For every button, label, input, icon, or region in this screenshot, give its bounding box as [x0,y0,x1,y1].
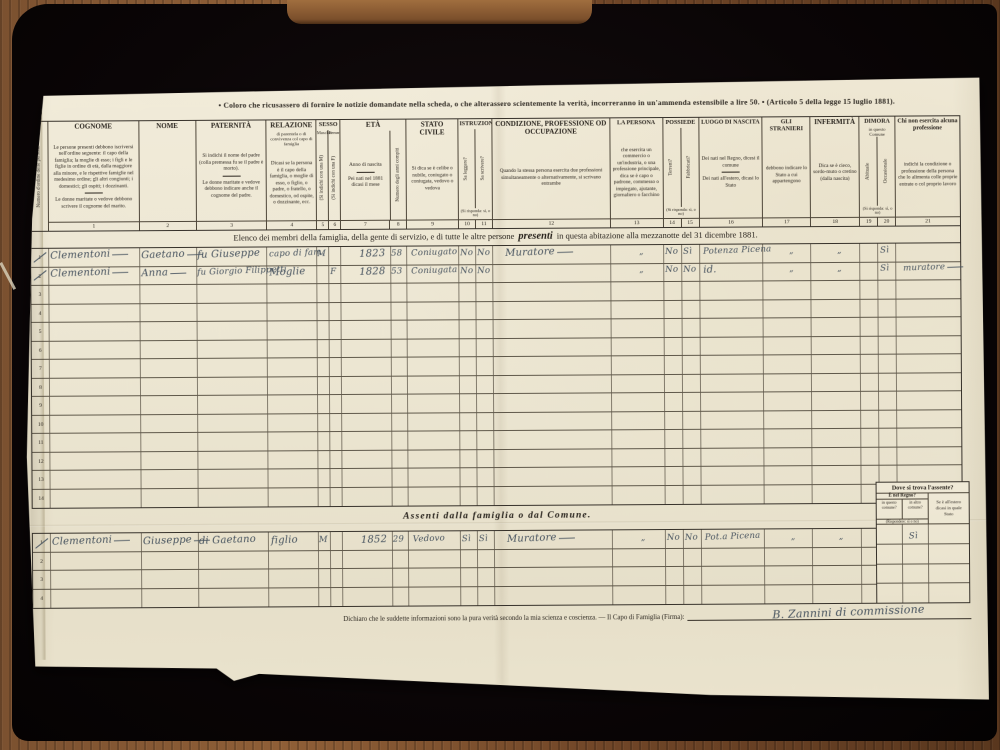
cell-sa-leggere [460,320,477,338]
cell-relazione [269,488,319,507]
cell-anno-nascita [343,450,393,468]
cell-nome [141,414,198,432]
cell-dimora-occasionale [879,355,897,373]
header-numero-label: Numero d'ordine delle persone [36,146,42,208]
signature-line: B. Zannini di commissione [687,604,971,621]
cell-infermita [812,336,861,354]
header-col-nome: NOME 2 [139,121,197,230]
cell-sesso-f [331,487,343,506]
cell-paternita [198,414,269,432]
cell-infermita [812,262,861,280]
col-number: 21 [896,216,960,225]
cell-luogo-nascita [700,281,764,299]
cell-fabbricati [682,319,700,337]
col-desc2: Dei nati all'estero, dicasi lo Stato [701,176,760,189]
cell-sesso-f [330,358,342,376]
cell-paternita [198,469,269,487]
cell-sesso-f [331,469,343,487]
header-col-cognome: COGNOME Le persone presenti debbono iscr… [48,121,139,231]
cell-anno-nascita [342,302,392,320]
cell-anni-compiti [392,413,408,431]
cell-sesso-m [318,358,330,376]
cell-stranieri [765,429,813,447]
cell-nome [141,433,198,451]
subcol-maschio: Maschio (Si indichi con una M) [317,130,330,220]
row-number: 3 [31,286,49,304]
cell-nome [140,285,197,303]
hw-a1-luogo: Pot.a Picena [705,532,761,543]
hw-p1-legge: No [460,249,473,258]
hw-p1-sesso: M [317,250,326,259]
cell-condizione [495,567,613,585]
cell-sa-scrivere [477,450,494,468]
col-desc: Dicasi se la persona è il capo della fam… [269,160,314,206]
cell-anni-compiti [392,321,408,339]
cell-sesso-f [331,450,343,468]
cell-cognome [51,552,142,570]
cell-luogo-nascita [702,548,766,566]
hw-p1-anno: 1823 [359,249,386,260]
cell-la-persona [611,338,664,356]
cell-stranieri [765,485,813,504]
cell-relazione [270,588,320,607]
cell-sa-scrivere [478,587,495,606]
cell-sesso-f [331,532,343,550]
cell-stato-civile [409,468,461,486]
cell-sesso-f [330,395,342,413]
hw-a1-legge: Sì [462,535,471,544]
cell-dimora-abituale [862,466,880,484]
cell-stranieri [766,585,814,604]
col-desc: Le persone presenti debbono iscriversi n… [50,144,136,190]
cell-stranieri [765,529,813,547]
cell-stato-civile [409,487,461,506]
cell-sesso-m [319,414,331,432]
col-subtitle: in questo Comune [860,126,895,136]
col-title: NOME [139,121,195,132]
cell-paternita [198,395,269,413]
header-col-luogo-nascita: LUOGO DI NASCITA Dei nati nel Regno, dic… [699,117,764,226]
cell-stranieri [764,374,812,392]
cell-relazione [268,321,318,339]
cell-sa-scrivere [476,283,493,301]
cell-fabbricati [683,393,701,411]
cell-paternita [199,551,270,569]
cell-sesso-f [331,569,343,587]
header-col-chi-non-esercita: Chi non esercita alcuna professione indi… [895,116,960,225]
cell-fabbricati [683,374,701,392]
cell-infermita [811,244,860,262]
declaration-text: Dichiaro che le suddette informazioni so… [343,614,684,623]
col-title: POSSIEDE [663,118,698,128]
row-number: 3 [33,571,51,589]
declaration: Dichiaro che le suddette informazioni so… [343,604,971,623]
hw-p1-stranieri: „ [789,247,794,256]
cell-nome [141,470,198,488]
cell-dimora-occasionale [879,429,897,447]
cell-sesso-m [318,340,330,358]
cell-relazione [269,469,319,487]
dove-title: Dove si trova l'assente? [877,482,969,494]
cell-stranieri [764,337,812,355]
cell-sesso-f [332,587,344,606]
cell-sa-scrivere [476,302,493,320]
cell-anno-nascita [342,321,392,339]
cell-cognome [51,589,142,608]
col-desc2: Le donne maritate e vedove debbono indic… [198,179,264,199]
cell-sesso-m [318,284,330,302]
wood-table-edge [287,0,592,24]
cell-sa-leggere [460,357,477,375]
dove-q-altro-comune: in altro comune? [903,499,928,518]
cell-terreni [665,448,683,466]
cell-luogo-nascita [702,566,766,584]
cell-stato-civile [408,376,460,394]
cell-anni-compiti [393,569,409,587]
cell-stranieri [764,392,812,410]
cell-la-persona [611,245,664,263]
hw-p1-stato: Coniugato [411,248,457,258]
cell-luogo-nascita [700,318,764,336]
cell-questo-comune [877,584,903,603]
header-col-numero: Numero d'ordine delle persone [30,122,49,231]
signature: B. Zannini di commissione [772,604,925,621]
cell-anno-nascita [343,469,393,487]
cell-sa-leggere [459,283,476,301]
cell-questo-comune [877,525,903,544]
cell-sa-leggere [460,450,477,468]
cell-paternita [199,569,270,587]
hw-p2-anno: 1828 [359,267,386,278]
hw-a1-stranieri: „ [791,533,796,542]
row-number: 6 [32,341,50,359]
cell-dimora-occasionale [879,410,897,428]
cell-estero [929,544,969,563]
cell-sa-scrivere [477,357,494,375]
col-number: 20 [878,218,895,226]
cell-sa-scrivere [477,413,494,431]
col-subtitle: di parentela o di convivenza col capo di… [267,131,316,146]
cell-dimora-abituale [861,355,879,373]
header-col-possiede: POSSIEDE Terreni? Fabbricati? (Si rispon… [663,118,700,227]
cell-chi-non-esercita [898,447,962,465]
hw-a1-anni: 29 [393,535,405,544]
cell-cognome [50,359,141,377]
dove-row [877,564,969,584]
hw-a1-scrive: Sì [479,535,488,544]
divider [222,175,240,176]
cell-paternita [197,284,268,302]
cell-anni-compiti [392,395,408,413]
cell-paternita [199,588,270,607]
cell-infermita [812,281,861,299]
hw-p1-infermita: „ [837,247,842,256]
presenti-emphasis: presenti [518,231,552,242]
hw-p1-persona: „ [639,248,644,257]
col-title: GLI STRANIERI [763,117,810,133]
cell-sa-leggere [461,587,478,606]
header-col-condizione: CONDIZIONE, PROFESSIONE OD OCCUPAZIONE Q… [492,118,610,228]
cell-stranieri [766,566,814,584]
cell-dimora-abituale [861,410,879,428]
cell-paternita [197,321,268,339]
cell-dimora-occasionale [880,466,898,484]
header-col-paternita: PATERNITÀ Si indichi il nome del padre (… [196,120,268,229]
cell-dimora-abituale [861,336,879,354]
row-number: 12 [32,452,50,470]
hw-p2-persona: „ [639,266,644,275]
col-number: 8 [390,221,406,229]
census-sheet-wrap: • Coloro che ricusassero di fornire le n… [22,75,990,708]
cell-chi-non-esercita [897,299,961,317]
cell-dimora-abituale [861,299,879,317]
subcol-anno-nascita: Anno di nascita Pei nati nel 1881 dicasi… [341,130,392,220]
cell-sesso-m [319,451,331,469]
subcol-note: (Si risponda: sì, o no) [664,207,699,218]
hw-p2-anni: 53 [391,267,403,276]
cell-la-persona [612,430,665,448]
cell-sa-scrivere [477,431,494,449]
cell-sa-scrivere [478,487,495,506]
cell-cognome [49,285,140,303]
hw-p2-stato: Coniugata [411,266,457,276]
cell-stato-civile [408,394,460,412]
cell-anni-compiti [393,469,409,487]
hw-a1-infermita: „ [839,533,844,542]
subcol-abituale: Abituale [860,136,878,205]
col-number: 14 [664,219,682,227]
cell-stato-civile [408,413,460,431]
cell-infermita [812,392,861,410]
cell-paternita [198,432,269,450]
cell-infermita [812,373,861,391]
cell-luogo-nascita [700,374,764,392]
col-title: STATO CIVILE [407,119,458,138]
col-title: LA PERSONA [610,118,662,128]
col-title: PATERNITÀ [196,120,266,131]
cell-relazione [268,377,318,395]
table-header: Numero d'ordine delle persone COGNOME Le… [30,116,960,232]
cell-anni-compiti [392,358,408,376]
cell-sesso-m [319,432,331,450]
dove-note: (Rispondere: sì o no) [877,518,928,523]
cell-infermita [813,547,862,565]
cell-dimora-occasionale [879,318,897,336]
cell-sa-leggere [460,413,477,431]
cell-sesso-m [320,588,332,607]
cell-anno-nascita [343,569,393,587]
col-title: COGNOME [48,121,138,132]
cell-cognome [50,378,141,396]
cell-sesso-m [319,569,331,587]
cell-condizione [495,549,613,567]
col-desc: Si indichi il nome del padre (colla prem… [198,153,264,173]
census-table-presenti: Numero d'ordine delle persone COGNOME Le… [29,115,962,509]
cell-sa-leggere [460,376,477,394]
hw-p2-relazione: Moglie [269,267,306,278]
cell-sa-leggere [460,394,477,412]
cell-stato-civile [408,357,460,375]
cell-cognome [50,415,141,433]
cell-sesso-m [318,377,330,395]
cell-paternita [198,488,269,507]
hw-p1-fabbricati: Sì [683,248,692,257]
dove-row [877,583,969,602]
col-title: DIMORA [860,117,895,127]
divider [85,193,103,194]
cell-altro-comune [903,564,929,583]
subcol-anni-compiti: Numero degli anni compiti [391,130,406,219]
hw-p2-fabbricati: No [683,265,696,274]
cell-stato-civile [409,550,461,568]
cell-fabbricati [684,585,702,604]
cell-chi-non-esercita [896,243,960,261]
header-col-relazione: RELAZIONE di parentela o di convivenza c… [267,120,318,229]
cell-sa-scrivere [478,550,495,568]
dove-q-questo-comune: in questo comune? [877,500,903,519]
cell-anni-compiti [393,450,409,468]
subcol-fabbricati: Fabbricati? [681,127,698,206]
dove-estero-col: Se è all'estero dicasi in quale Stato [929,493,969,523]
cell-infermita [812,318,861,336]
col-desc: indichi la condizione o professione dell… [898,161,958,187]
cell-dimora-abituale [861,281,879,299]
cell-terreni [664,319,682,337]
cell-dimora-abituale [861,373,879,391]
cell-condizione [495,586,613,605]
cell-anno-nascita [342,376,392,394]
presenti-rows: 1 2 [31,243,962,508]
cell-sa-scrivere [477,339,494,357]
cell-dimora-abituale [861,392,879,410]
hw-p2-nome: Anna [141,268,186,280]
cell-chi-non-esercita [896,280,960,298]
cell-nome [142,588,199,607]
cell-infermita [813,466,862,484]
cell-relazione [268,340,318,358]
cell-nome [141,488,198,507]
cell-condizione [495,486,613,505]
census-sheet: • Coloro che ricusassero di fornire le n… [22,75,990,708]
cell-chi-non-esercita [897,317,961,335]
row-number: 5 [32,323,50,341]
hw-a1-terreni: No [667,534,680,543]
cell-anni-compiti [393,587,409,606]
cell-altro-comune [903,544,929,563]
col-number: 2 [140,221,196,230]
subcol-femmina: Femmina (Si indichi con una F) [329,130,341,220]
cell-stranieri [764,355,812,373]
hw-p1-scrive: No [477,249,490,258]
cell-sesso-f [330,284,342,302]
subcol-sa-scrivere: Sa scrivere? [475,129,491,208]
cell-anno-nascita [343,487,393,506]
subcol-note: (Si indichi con una M) [320,155,326,200]
header-col-la-persona: LA PERSONA che esercita un commercio o u… [610,118,664,227]
cell-anno-nascita [344,587,394,606]
header-col-istruzione: ISTRUZIONE Sa leggere? Sa scrivere? (Si … [458,119,493,228]
cell-condizione [493,282,611,300]
cell-nome [142,570,199,588]
cell-stato-civile [408,302,460,320]
cell-la-persona [611,264,664,282]
cell-sa-scrivere [477,376,494,394]
hw-p2-dimora: Sì [880,264,889,273]
cell-sa-leggere [461,468,478,486]
cell-sa-leggere [461,487,478,506]
row-number: 2 [33,552,51,570]
hw-a1-stato: Vedovo [413,534,445,544]
cell-relazione [269,451,319,469]
cell-relazione [269,414,319,432]
row-number: 4 [31,304,49,322]
cell-condizione [494,449,612,467]
cell-terreni [665,467,683,485]
cell-dimora-occasionale [879,281,897,299]
cell-luogo-nascita [700,355,764,373]
cell-condizione [494,375,612,393]
cell-stato-civile [408,431,460,449]
cell-cognome [50,470,141,488]
cell-chi-non-esercita [897,354,961,372]
col-number: 19 [860,218,878,226]
cell-sesso-f [330,377,342,395]
cell-la-persona [612,393,665,411]
hw-p2-luogo: id. [703,265,717,275]
cell-chi-non-esercita [897,428,961,446]
cell-dimora-occasionale [879,299,897,317]
col-number: 15 [682,219,699,227]
cell-stato-civile [408,339,460,357]
cell-fabbricati [683,467,701,485]
cell-nome [140,322,197,340]
cell-estero [929,583,969,602]
hw-a1-anno: 1852 [361,535,388,546]
cell-luogo-nascita [701,429,765,447]
cell-dimora-abituale [860,244,878,262]
col-number: 4 [267,220,316,229]
subcol-terreni: Terreni? [663,128,681,207]
cell-cognome [50,433,141,451]
col-number: 10 [459,220,476,228]
cell-la-persona [611,282,664,300]
cell-terreni [664,282,682,300]
cell-anno-nascita [343,550,393,568]
cell-relazione [268,358,318,376]
cell-sesso-f [331,550,343,568]
cell-estero [929,524,969,543]
cell-sesso-m [319,551,331,569]
col-title: RELAZIONE [267,120,316,131]
row-number: 7 [32,360,50,378]
cell-fabbricati [682,337,700,355]
cell-fabbricati [683,430,701,448]
cell-chi-non-esercita [897,373,961,391]
cell-sa-leggere [460,339,477,357]
cell-relazione [268,303,318,321]
cell-anno-nascita [342,358,392,376]
cell-la-persona [612,449,665,467]
hw-p1-dimora: Sì [880,246,889,255]
col-number: 12 [493,218,610,228]
col-number: 5 [317,221,329,229]
cell-anni-compiti [393,550,409,568]
cell-anni-compiti [392,284,408,302]
cell-la-persona [611,301,664,319]
dove-row [877,524,969,544]
cell-terreni [666,585,684,604]
cell-relazione [268,284,318,302]
